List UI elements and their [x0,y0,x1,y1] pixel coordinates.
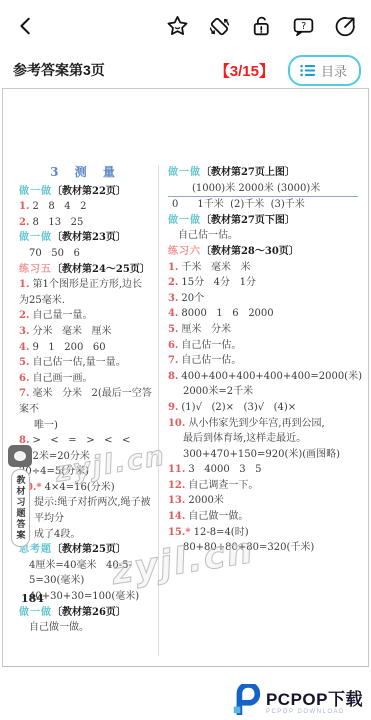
answer-line: 4.9 1 200 60 [19,340,152,356]
answer-line: 9.2米=20分米 20÷4=5(分米) [19,449,152,480]
left-column: 3 测 量做一做〔教材第22页〕1.2 8 4 22.8 13 25做一做〔教材… [19,165,158,656]
answer-line: 自己做一做。 [19,620,152,636]
answer-line: 13.2000米 [168,493,362,509]
right-column: 做一做〔教材第27页上图〕(1000)米 2000米 (3000)米0 1千米 … [158,165,362,656]
document-header: 参考答案第3页 【3/15】 目录 [0,52,371,88]
answer-line: 5.厘米 分米 [168,322,362,338]
answer-line: 11.3 4000 3 5 [168,462,362,478]
answer-line: 做一做〔教材第26页〕 [19,605,152,621]
answer-line: 1.千米 毫米 米 [168,260,362,276]
answer-line: 做一做〔教材第22页〕 [19,184,152,200]
answer-line: 10.从小伟家先到少年宫,再到公园, [168,416,362,432]
toc-button-label: 目录 [321,61,347,80]
answer-line: 4.8000 1 6 2000 [168,306,362,322]
answer-line: 2.8 13 25 [19,215,152,231]
help-bubble-icon[interactable]: ? [291,14,316,39]
pcpop-logo-subtext: PCPOP DOWNLOAD [266,709,363,715]
answer-line: 7.毫米 分米 2(最后一空答案不 [19,386,152,417]
answer-line: 0 1千米 (2)千米 (3)千米 [168,196,358,213]
answer-line: 4厘米=40毫米 40-5-5=30(毫米) [19,558,152,589]
answer-line: 2.自己量一量。 [19,308,152,324]
answer-line: 80+80+80+80=320(千米) [168,540,362,556]
answer-line: 成了4段。 [19,527,152,543]
answer-line: 做一做〔教材第23页〕 [19,230,152,246]
answer-line: 1.第1个图形是正方形,边长为25毫米. [19,277,152,308]
answer-line: 2.15分 4分 1分 [168,275,362,291]
answer-line: 9.(1)√ (2)× (3)√ (4)× [168,400,362,416]
favorite-star-icon[interactable] [165,14,190,39]
answer-line: 15.*12-8=4(时) [168,525,362,541]
answer-line: 提示:绳子对折两次,绳子被平均分 [19,495,152,526]
answer-line: 12.自己调查一下。 [168,478,362,494]
answer-line: 2000米=2千米 [168,384,362,400]
side-tab-label: 教材习题答案 [11,469,30,547]
mascot-icon [8,445,32,467]
answer-line: 练习五〔教材第24～25页〕 [19,262,152,278]
page-indicator: 【3/15】 [215,60,274,81]
list-icon [300,64,316,77]
rotate-screen-icon[interactable] [207,14,232,39]
answer-line: 练习六〔教材第28～30页〕 [168,244,362,260]
page-title: 参考答案第3页 [13,60,105,80]
answer-line: 14.自己做一做。 [168,509,362,525]
top-toolbar: ? [0,0,371,52]
answer-line: 8.400+400+400+400+400=2000(米) [168,369,362,385]
answer-line: 做一做〔教材第27页下图〕 [168,213,362,229]
lock-icon[interactable] [249,14,274,39]
book-page-number: 184 [21,592,44,605]
answer-line: 做一做〔教材第27页上图〕 [168,165,362,181]
answer-line: 最后到体育场,这样走最近。 [168,431,362,447]
pcpop-p-icon [230,684,262,716]
answer-line: 6.自己画一画。 [19,371,152,387]
document-page[interactable]: 3 测 量做一做〔教材第22页〕1.2 8 4 22.8 13 25做一做〔教材… [2,88,369,667]
answer-line: 思考题〔教材第25页〕 [19,542,152,558]
back-button[interactable] [13,13,39,39]
answer-line: 3.20个 [168,291,362,307]
answer-line: 5.自己估一估,量一量。 [19,355,152,371]
answer-line: 70 50 6 [19,246,152,262]
toc-button[interactable]: 目录 [288,55,361,86]
answer-line: 唯一) [19,418,152,434]
side-tab: 教材习题答案 [7,445,33,547]
answer-line: 7.自己估一估。 [168,353,362,369]
answers-columns: 3 测 量做一做〔教材第22页〕1.2 8 4 22.8 13 25做一做〔教材… [19,165,362,656]
answer-line: 1.2 8 4 2 [19,199,152,215]
pcpop-logo-text: PCPOP下载 [266,685,363,710]
answer-line: (1000)米 2000米 (3000)米 [168,181,362,197]
answer-line: 3.分米 毫米 厘米 [19,324,152,340]
answer-line: 300+470+150=920(米)(画图略) [168,447,362,463]
share-icon[interactable] [333,14,358,39]
svg-text:?: ? [301,21,306,32]
answer-line: 10.*4×4=16(分米) [19,480,152,496]
pcpop-logo: PCPOP下载 PCPOP DOWNLOAD [230,684,363,716]
answer-line: 8.> < = > < < [19,433,152,449]
answer-line: 6.自己估一估。 [168,338,362,354]
answer-line: 自己估一估。 [168,228,362,244]
answer-line: 3 测 量 [19,165,152,181]
